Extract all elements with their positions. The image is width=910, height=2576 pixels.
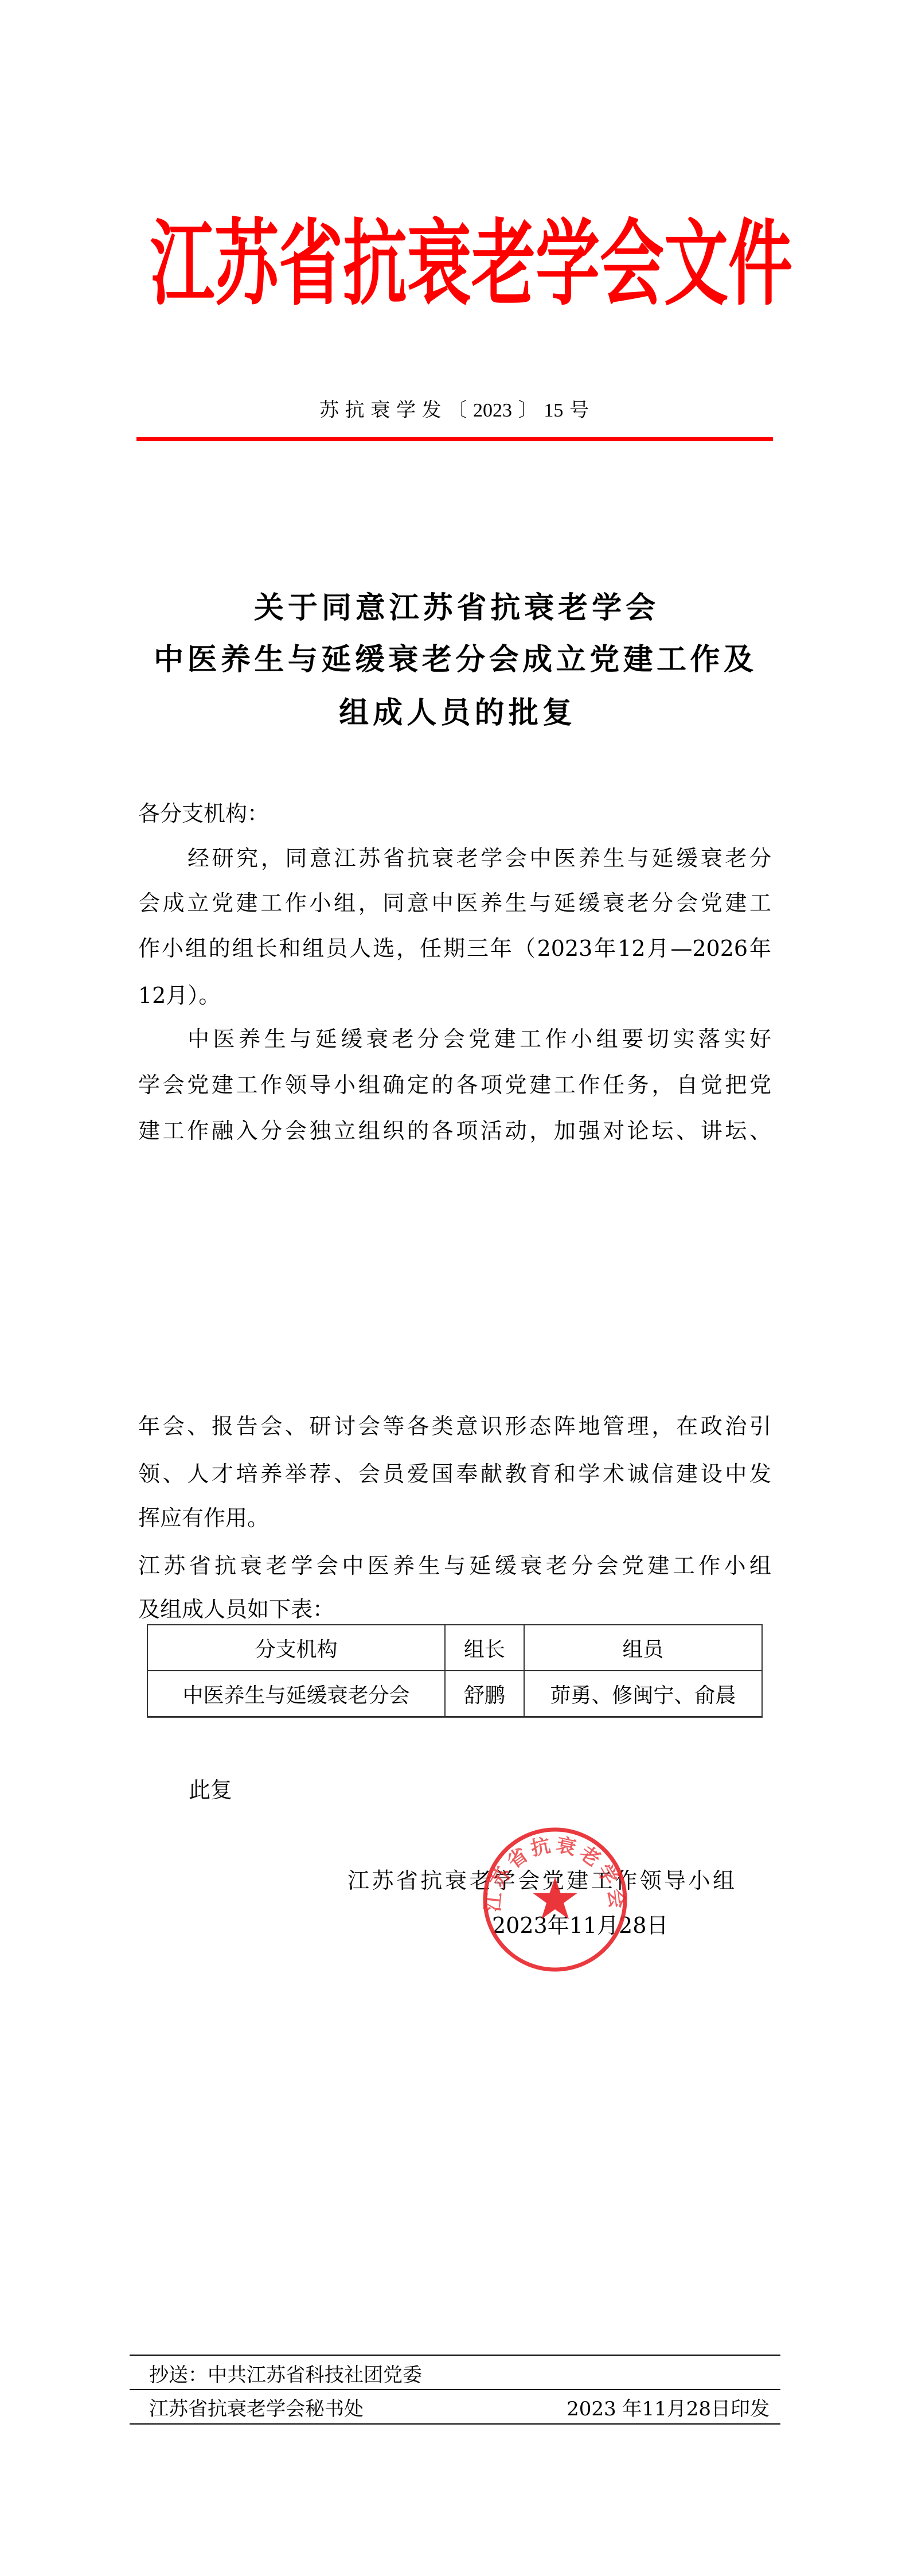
signature-date: 2023年11月28日	[492, 1913, 657, 1938]
paragraph-2-line: 中医养生与延缓衰老分会党建工作小组要切实落实好	[188, 1026, 771, 1052]
table-row: 中医养生与延缓衰老分会 舒鹏 茆勇、修闽宁、俞晨	[147, 1671, 762, 1717]
footer-rule-top	[130, 2355, 780, 2356]
paragraph-1-line: 会成立党建工作小组，同意中医养生与延缓衰老分会党建工	[138, 890, 771, 916]
footer-rule-bottom	[130, 2423, 780, 2425]
footer-cc: 抄送：中共江苏省科技社团党委	[149, 2364, 422, 2387]
table-header-members: 组员	[524, 1625, 762, 1671]
paragraph-1-line: 经研究，同意江苏省抗衰老学会中医养生与延缓衰老分	[188, 846, 771, 871]
table-cell-members: 茆勇、修闽宁、俞晨	[524, 1671, 762, 1717]
official-seal-icon: 江苏省抗衰老学会	[482, 1827, 628, 1972]
masthead-title: 江苏省抗衰老学会文件	[150, 190, 758, 338]
signature-organization: 江苏省抗衰老学会党建工作领导小组	[347, 1868, 735, 1893]
members-table: 分支机构 组长 组员 中医养生与延缓衰老分会 舒鹏 茆勇、修闽宁、俞晨	[147, 1624, 763, 1718]
footer-issuer: 江苏省抗衰老学会秘书处	[149, 2398, 364, 2421]
closing-text: 此复	[189, 1777, 232, 1803]
paragraph-2-line: 年会、报告会、研讨会等各类意识形态阵地管理，在政治引	[138, 1414, 771, 1439]
doc-title-line-3: 组成人员的批复	[339, 696, 572, 730]
table-intro-line: 江苏省抗衰老学会中医养生与延缓衰老分会党建工作小组	[138, 1553, 771, 1578]
table-cell-leader: 舒鹏	[445, 1671, 524, 1717]
paragraph-2-line: 学会党建工作领导小组确定的各项党建工作任务，自觉把党	[138, 1072, 771, 1098]
salutation: 各分支机构：	[138, 801, 269, 826]
paragraph-2-line: 挥应有作用。	[138, 1505, 269, 1531]
table-intro-line: 及组成人员如下表：	[138, 1597, 334, 1622]
doc-title-line-2: 中医养生与延缓衰老分会成立党建工作及	[154, 643, 753, 677]
paragraph-2-line: 建工作融入分会独立组织的各项活动，加强对论坛、讲坛、	[138, 1118, 771, 1143]
document-number: 苏抗衰学发〔2023〕15号	[319, 398, 589, 423]
footer-rule-middle	[130, 2389, 780, 2390]
table-header-branch: 分支机构	[147, 1625, 445, 1671]
paragraph-1-line: 12月）。	[138, 983, 220, 1008]
footer-issue-date: 2023 年11月28日印发	[538, 2398, 770, 2421]
red-divider	[136, 437, 773, 441]
table-header-leader: 组长	[445, 1625, 524, 1671]
table-cell-branch: 中医养生与延缓衰老分会	[147, 1671, 445, 1717]
paragraph-1-line: 作小组的组长和组员人选，任期三年（2023年12月—2026年	[138, 936, 771, 961]
doc-title-line-1: 关于同意江苏省抗衰老学会	[254, 591, 655, 625]
paragraph-2-line: 领、人才培养举荐、会员爱国奉献教育和学术诚信建设中发	[138, 1461, 771, 1487]
table-header-row: 分支机构 组长 组员	[147, 1625, 762, 1671]
